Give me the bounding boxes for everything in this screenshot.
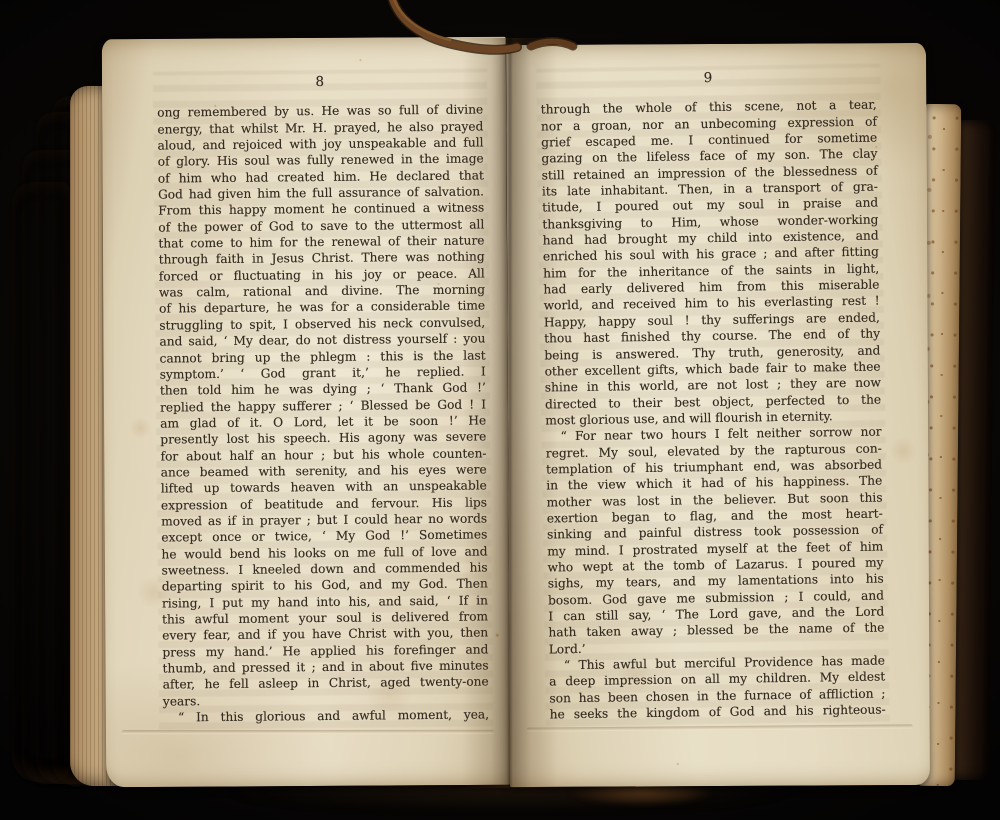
left-page-number: 8 (157, 72, 483, 91)
left-page-text: 8 ong remembered by us. He was so full o… (157, 72, 489, 726)
left-page-body: ong remembered by us. He was so full of … (157, 102, 489, 726)
text-line: “ In this glorious and awful moment, yea… (163, 706, 489, 725)
book-photograph: { "book": { "colors": { "background": "#… (0, 0, 1000, 820)
open-book: 8 ong remembered by us. He was so full o… (0, 0, 1000, 820)
page-crease (122, 730, 494, 734)
spine-leather-bottom (556, 784, 726, 812)
page-crease (526, 724, 912, 731)
right-page-body: through the whole of this scene, not a t… (541, 97, 886, 723)
text-line: after, he fell asleep in Christ, aged tw… (163, 674, 489, 693)
right-page-text: 9 through the whole of this scene, not a… (540, 68, 886, 723)
